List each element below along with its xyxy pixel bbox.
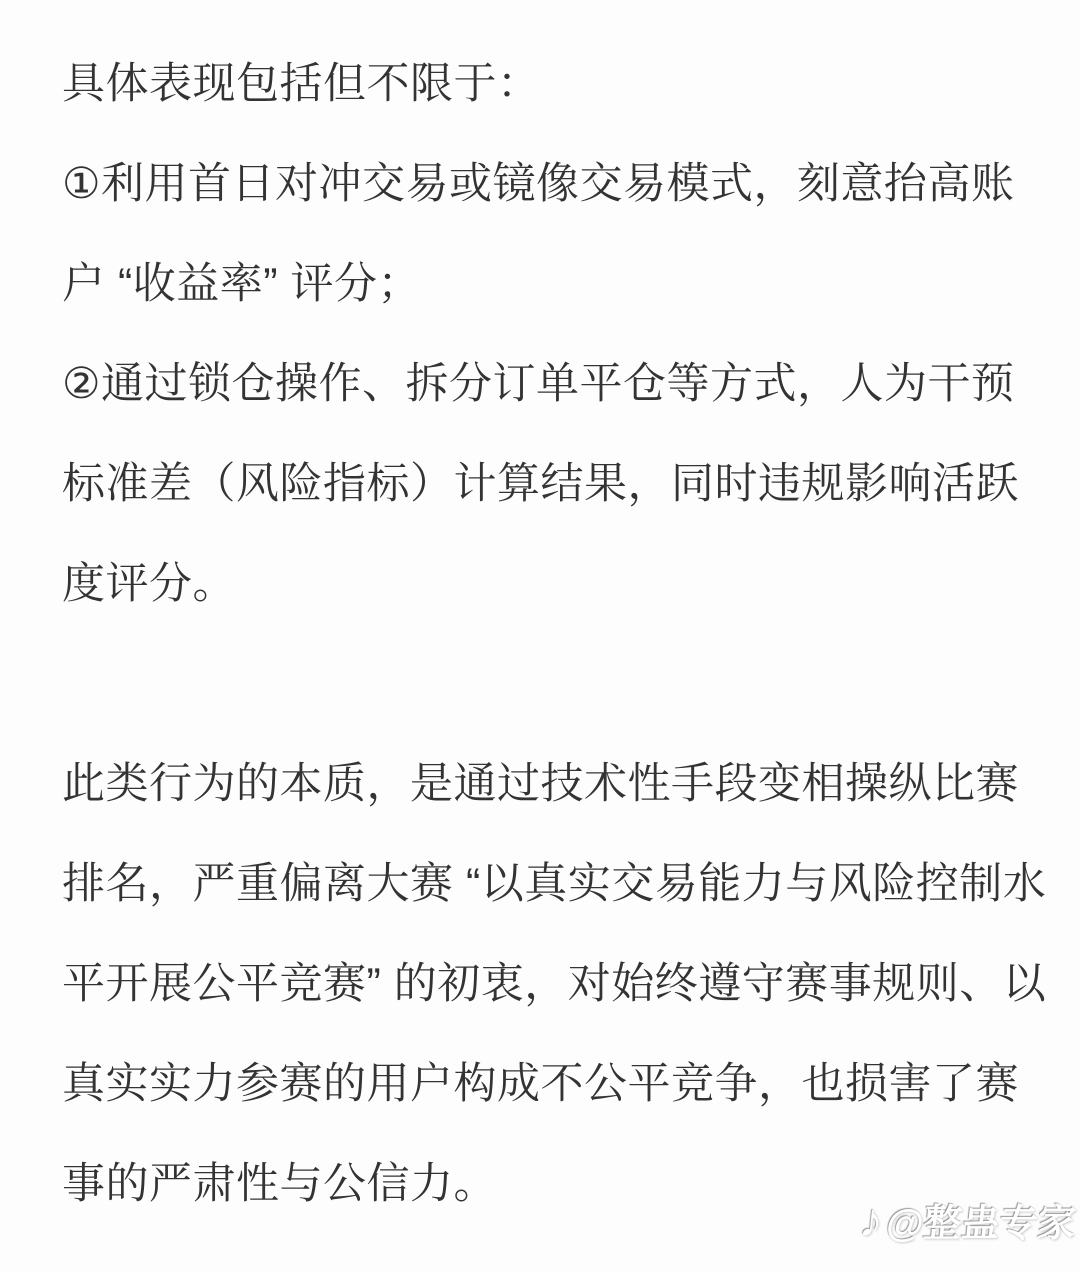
- text-line: ②通过锁仓操作、拆分订单平仓等方式，人为干预: [62, 330, 1030, 430]
- creator-watermark: ♪ @整蛊专家: [857, 1192, 1079, 1247]
- document-body: 具体表现包括但不限于： ①利用首日对冲交易或镜像交易模式，刻意抬高账 户 “收益…: [0, 0, 1080, 1230]
- text-line: 此类行为的本质，是通过技术性手段变相操纵比赛: [62, 730, 1030, 830]
- text-line: 排名，严重偏离大赛 “以真实交易能力与风险控制水: [62, 830, 1030, 930]
- text-line: 度评分。: [62, 530, 1030, 630]
- text-line: ①利用首日对冲交易或镜像交易模式，刻意抬高账: [62, 130, 1030, 230]
- watermark-handle: @整蛊专家: [884, 1192, 1079, 1247]
- text-line: 户 “收益率” 评分；: [62, 230, 1030, 330]
- conclusion-paragraph: 此类行为的本质，是通过技术性手段变相操纵比赛 排名，严重偏离大赛 “以真实交易能…: [62, 730, 1030, 1230]
- violation-item-2: ②通过锁仓操作、拆分订单平仓等方式，人为干预 标准差（风险指标）计算结果，同时违…: [62, 330, 1030, 630]
- paragraph-gap: [62, 630, 1030, 730]
- text-line: 平开展公平竞赛” 的初衷，对始终遵守赛事规则、以: [62, 930, 1030, 1030]
- text-line: 标准差（风险指标）计算结果，同时违规影响活跃: [62, 430, 1030, 530]
- text-line: 真实实力参赛的用户构成不公平竞争，也损害了赛: [62, 1030, 1030, 1130]
- violation-item-1: ①利用首日对冲交易或镜像交易模式，刻意抬高账 户 “收益率” 评分；: [62, 130, 1030, 330]
- intro-paragraph: 具体表现包括但不限于：: [62, 30, 1030, 130]
- douyin-note-icon: ♪: [858, 1197, 886, 1243]
- text-line: 具体表现包括但不限于：: [62, 30, 1030, 130]
